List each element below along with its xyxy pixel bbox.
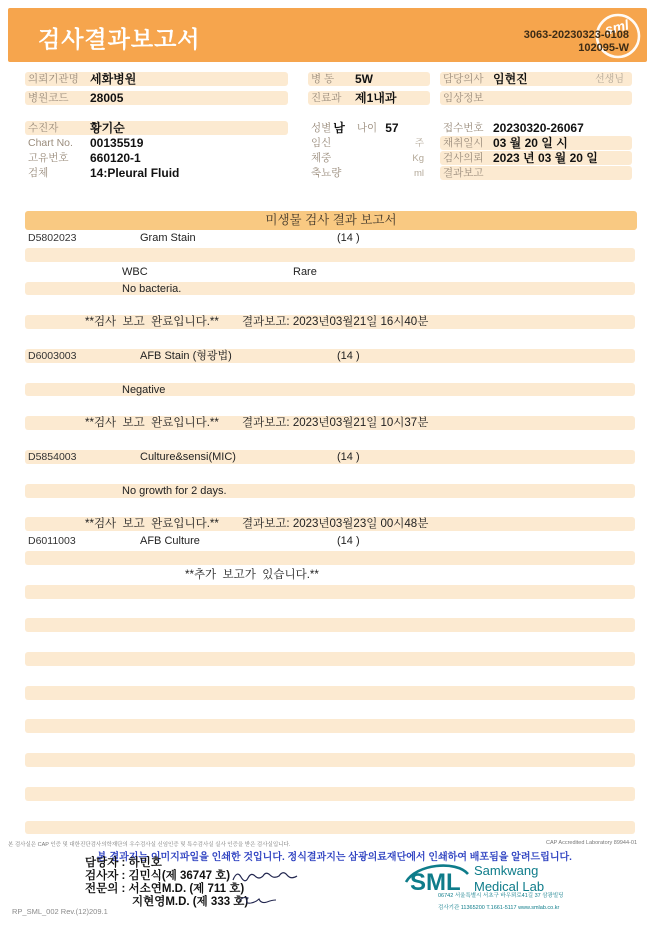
info-unit: Kg (412, 151, 430, 166)
table-line (25, 247, 637, 264)
info-value: 660120-1 (90, 151, 141, 166)
info-value: 00135519 (90, 136, 143, 151)
handwritten-signature-2 (239, 898, 276, 904)
document-number: 3063-20230323-0108 102095-W (524, 29, 629, 55)
table-line (25, 634, 637, 651)
info-unit: 주 (415, 136, 430, 151)
table-line (25, 735, 637, 752)
table-line: WBCRare (25, 264, 637, 281)
report-header-bar: 검사결과보고서 3063-20230323-0108 102095-W sml (8, 8, 647, 62)
table-line: Negative (25, 382, 637, 399)
info-label: 임상정보 (440, 91, 493, 106)
info-row: 병원코드28005 (25, 91, 288, 106)
table-line (25, 769, 637, 786)
info-label: 임신 (308, 136, 355, 151)
info-group: 담당의사임현진선생님임상정보 (440, 72, 632, 110)
info-label: 접수번호 (440, 121, 493, 136)
info-row: 결과보고 (440, 166, 632, 181)
info-label: 체중 (308, 151, 355, 166)
info-label: 진료과 (308, 91, 355, 106)
table-line (25, 718, 637, 735)
table-line (25, 668, 637, 685)
table-line: D5802023Gram Stain(14 ) (25, 230, 637, 247)
info-group: 성별남나이57임신주체중Kg축뇨량ml (308, 121, 430, 181)
info-row: 접수번호20230320-26067 (440, 121, 632, 136)
info-row: 진료과제1내과 (308, 91, 430, 106)
info-label: 축뇨량 (308, 166, 355, 181)
result-item-value: Rare (293, 264, 317, 281)
test-name: Culture&sensi(MIC) (140, 449, 236, 466)
info-label: 검사의뢰 (440, 151, 493, 166)
result-text: Negative (122, 382, 165, 399)
info-value: 임현진 (493, 72, 528, 87)
table-line (25, 702, 637, 719)
table-line: **검사 보고 완료입니다.**결과보고: 2023년03월21일 10시37분 (25, 415, 637, 432)
info-label: 병원코드 (25, 91, 90, 106)
info-row: 병 동5W (308, 72, 430, 87)
handwritten-signature-1 (233, 873, 297, 881)
report-datetime: 결과보고: 2023년03월21일 16시40분 (242, 314, 428, 331)
info-row: 담당의사임현진선생님 (440, 72, 632, 87)
info-value: 남 (333, 121, 345, 136)
info-label: Chart No. (25, 136, 90, 151)
info-row: 성별남나이57 (308, 121, 430, 136)
table-line (25, 584, 637, 601)
test-code: D5854003 (28, 449, 76, 466)
table-line (25, 601, 637, 618)
info-row: 축뇨량ml (308, 166, 430, 181)
info-label: 검체 (25, 166, 90, 181)
table-line (25, 803, 637, 820)
test-name: AFB Stain (형광법) (140, 348, 232, 365)
table-line (25, 752, 637, 769)
table-line (25, 365, 637, 382)
result-item-name: WBC (122, 264, 148, 281)
table-line (25, 466, 637, 483)
table-line: **검사 보고 완료입니다.**결과보고: 2023년03월23일 00시48분 (25, 516, 637, 533)
info-label: 의뢰기관명 (25, 72, 90, 87)
document-number-line2: 102095-W (524, 42, 629, 55)
table-line: D6011003AFB Culture(14 ) (25, 533, 637, 550)
test-name: AFB Culture (140, 533, 200, 550)
info-row: 고유번호660120-1 (25, 151, 288, 166)
table-line (25, 500, 637, 517)
table-line: **검사 보고 완료입니다.**결과보고: 2023년03월21일 16시40분 (25, 314, 637, 331)
test-paren: (14 ) (337, 533, 360, 550)
info-value: 제1내과 (355, 91, 396, 106)
table-line (25, 331, 637, 348)
info-suffix: 선생님 (595, 72, 632, 87)
table-line (25, 820, 637, 837)
report-complete-text: **검사 보고 완료입니다.** (85, 516, 219, 533)
table-line (25, 651, 637, 668)
table-line: D5854003Culture&sensi(MIC)(14 ) (25, 449, 637, 466)
info-value: 28005 (90, 91, 123, 106)
additional-report-notice: **추가 보고가 있습니다.** (185, 567, 319, 584)
info-row: 의뢰기관명세화병원 (25, 72, 288, 87)
table-line: **추가 보고가 있습니다.** (25, 567, 637, 584)
test-paren: (14 ) (337, 449, 360, 466)
table-line (25, 550, 637, 567)
result-text: No growth for 2 days. (122, 483, 227, 500)
info-label: 수진자 (25, 121, 90, 136)
info-value: 14:Pleural Fluid (90, 166, 179, 181)
info-value: 03 월 20 일 시 (493, 136, 568, 151)
info-label: 성별 (308, 121, 331, 136)
result-table: D5802023Gram Stain(14 )WBCRareNo bacteri… (25, 230, 637, 836)
handwritten-signatures (225, 868, 320, 913)
info-value: 황기순 (90, 121, 125, 136)
info-value: 세화병원 (90, 72, 136, 87)
test-paren: (14 ) (337, 348, 360, 365)
test-code: D6003003 (28, 348, 76, 365)
info-value: 57 (385, 121, 398, 136)
table-line (25, 685, 637, 702)
info-row: 채취일시03 월 20 일 시 (440, 136, 632, 151)
report-complete-text: **검사 보고 완료입니다.** (85, 314, 219, 331)
table-title-bar: 미생물 검사 결과 보고서 (25, 211, 637, 230)
report-datetime: 결과보고: 2023년03월23일 00시48분 (242, 516, 428, 533)
info-row: 검체14:Pleural Fluid (25, 166, 288, 181)
accreditation-footnote: 본 검사실은 CAP 인증 및 대한진단검사의학재단의 우수검사실 신임인증 및… (8, 840, 290, 848)
report-title: 검사결과보고서 (38, 21, 201, 54)
test-code: D6011003 (28, 533, 76, 550)
table-line: No growth for 2 days. (25, 483, 637, 500)
table-line (25, 432, 637, 449)
svg-text:Samkwang: Samkwang (474, 863, 538, 878)
lab-address-line2: 검사기관 11365200 T.1661-5117 www.smlab.co.k… (438, 903, 559, 911)
info-row: 체중Kg (308, 151, 430, 166)
test-name: Gram Stain (140, 230, 196, 247)
result-text: No bacteria. (122, 281, 181, 298)
info-row: 임신주 (308, 136, 430, 151)
test-paren: (14 ) (337, 230, 360, 247)
test-code: D5802023 (28, 230, 76, 247)
report-datetime: 결과보고: 2023년03월21일 10시37분 (242, 415, 428, 432)
table-line (25, 398, 637, 415)
info-label: 채취일시 (440, 136, 493, 151)
info-value: 5W (355, 72, 373, 87)
info-row: 임상정보 (440, 91, 632, 106)
info-row: Chart No.00135519 (25, 136, 288, 151)
table-line (25, 617, 637, 634)
print-notice: 본 결과지는 이미지파일을 인쇄한 것입니다. 정식결과지는 삼광의료재단에서 … (97, 848, 572, 863)
info-group: 접수번호20230320-26067채취일시03 월 20 일 시검사의뢰202… (440, 121, 632, 181)
table-line (25, 297, 637, 314)
info-label: 병 동 (308, 72, 355, 87)
info-value: 20230320-26067 (493, 121, 584, 136)
info-label: 담당의사 (440, 72, 493, 87)
lab-address-line1: 06742 서울특별시 서초구 바우뫼로41길 37 삼광빌딩 (438, 891, 564, 899)
info-row: 검사의뢰2023 년 03 월 20 일 (440, 151, 632, 166)
lab-report-page: 검사결과보고서 3063-20230323-0108 102095-W sml … (0, 0, 655, 925)
table-line: D6003003AFB Stain (형광법)(14 ) (25, 348, 637, 365)
info-label: 결과보고 (440, 166, 493, 181)
info-group: 수진자황기순Chart No.00135519고유번호660120-1검체14:… (25, 121, 288, 181)
info-value: 2023 년 03 월 20 일 (493, 151, 598, 166)
cap-accreditation-number: CAP Accredited Laboratory 89944-01 (546, 840, 637, 846)
info-row: 수진자황기순 (25, 121, 288, 136)
info-unit: ml (414, 166, 430, 181)
report-complete-text: **검사 보고 완료입니다.** (85, 415, 219, 432)
form-number: RP_SML_002 Rev.(12)209.1 (12, 907, 108, 916)
info-group: 의뢰기관명세화병원병원코드28005 (25, 72, 288, 110)
table-line (25, 786, 637, 803)
document-number-line1: 3063-20230323-0108 (524, 29, 629, 42)
info-group: 병 동5W진료과제1내과 (308, 72, 430, 110)
info-label: 나이 (357, 121, 377, 136)
info-label: 고유번호 (25, 151, 90, 166)
table-line: No bacteria. (25, 281, 637, 298)
